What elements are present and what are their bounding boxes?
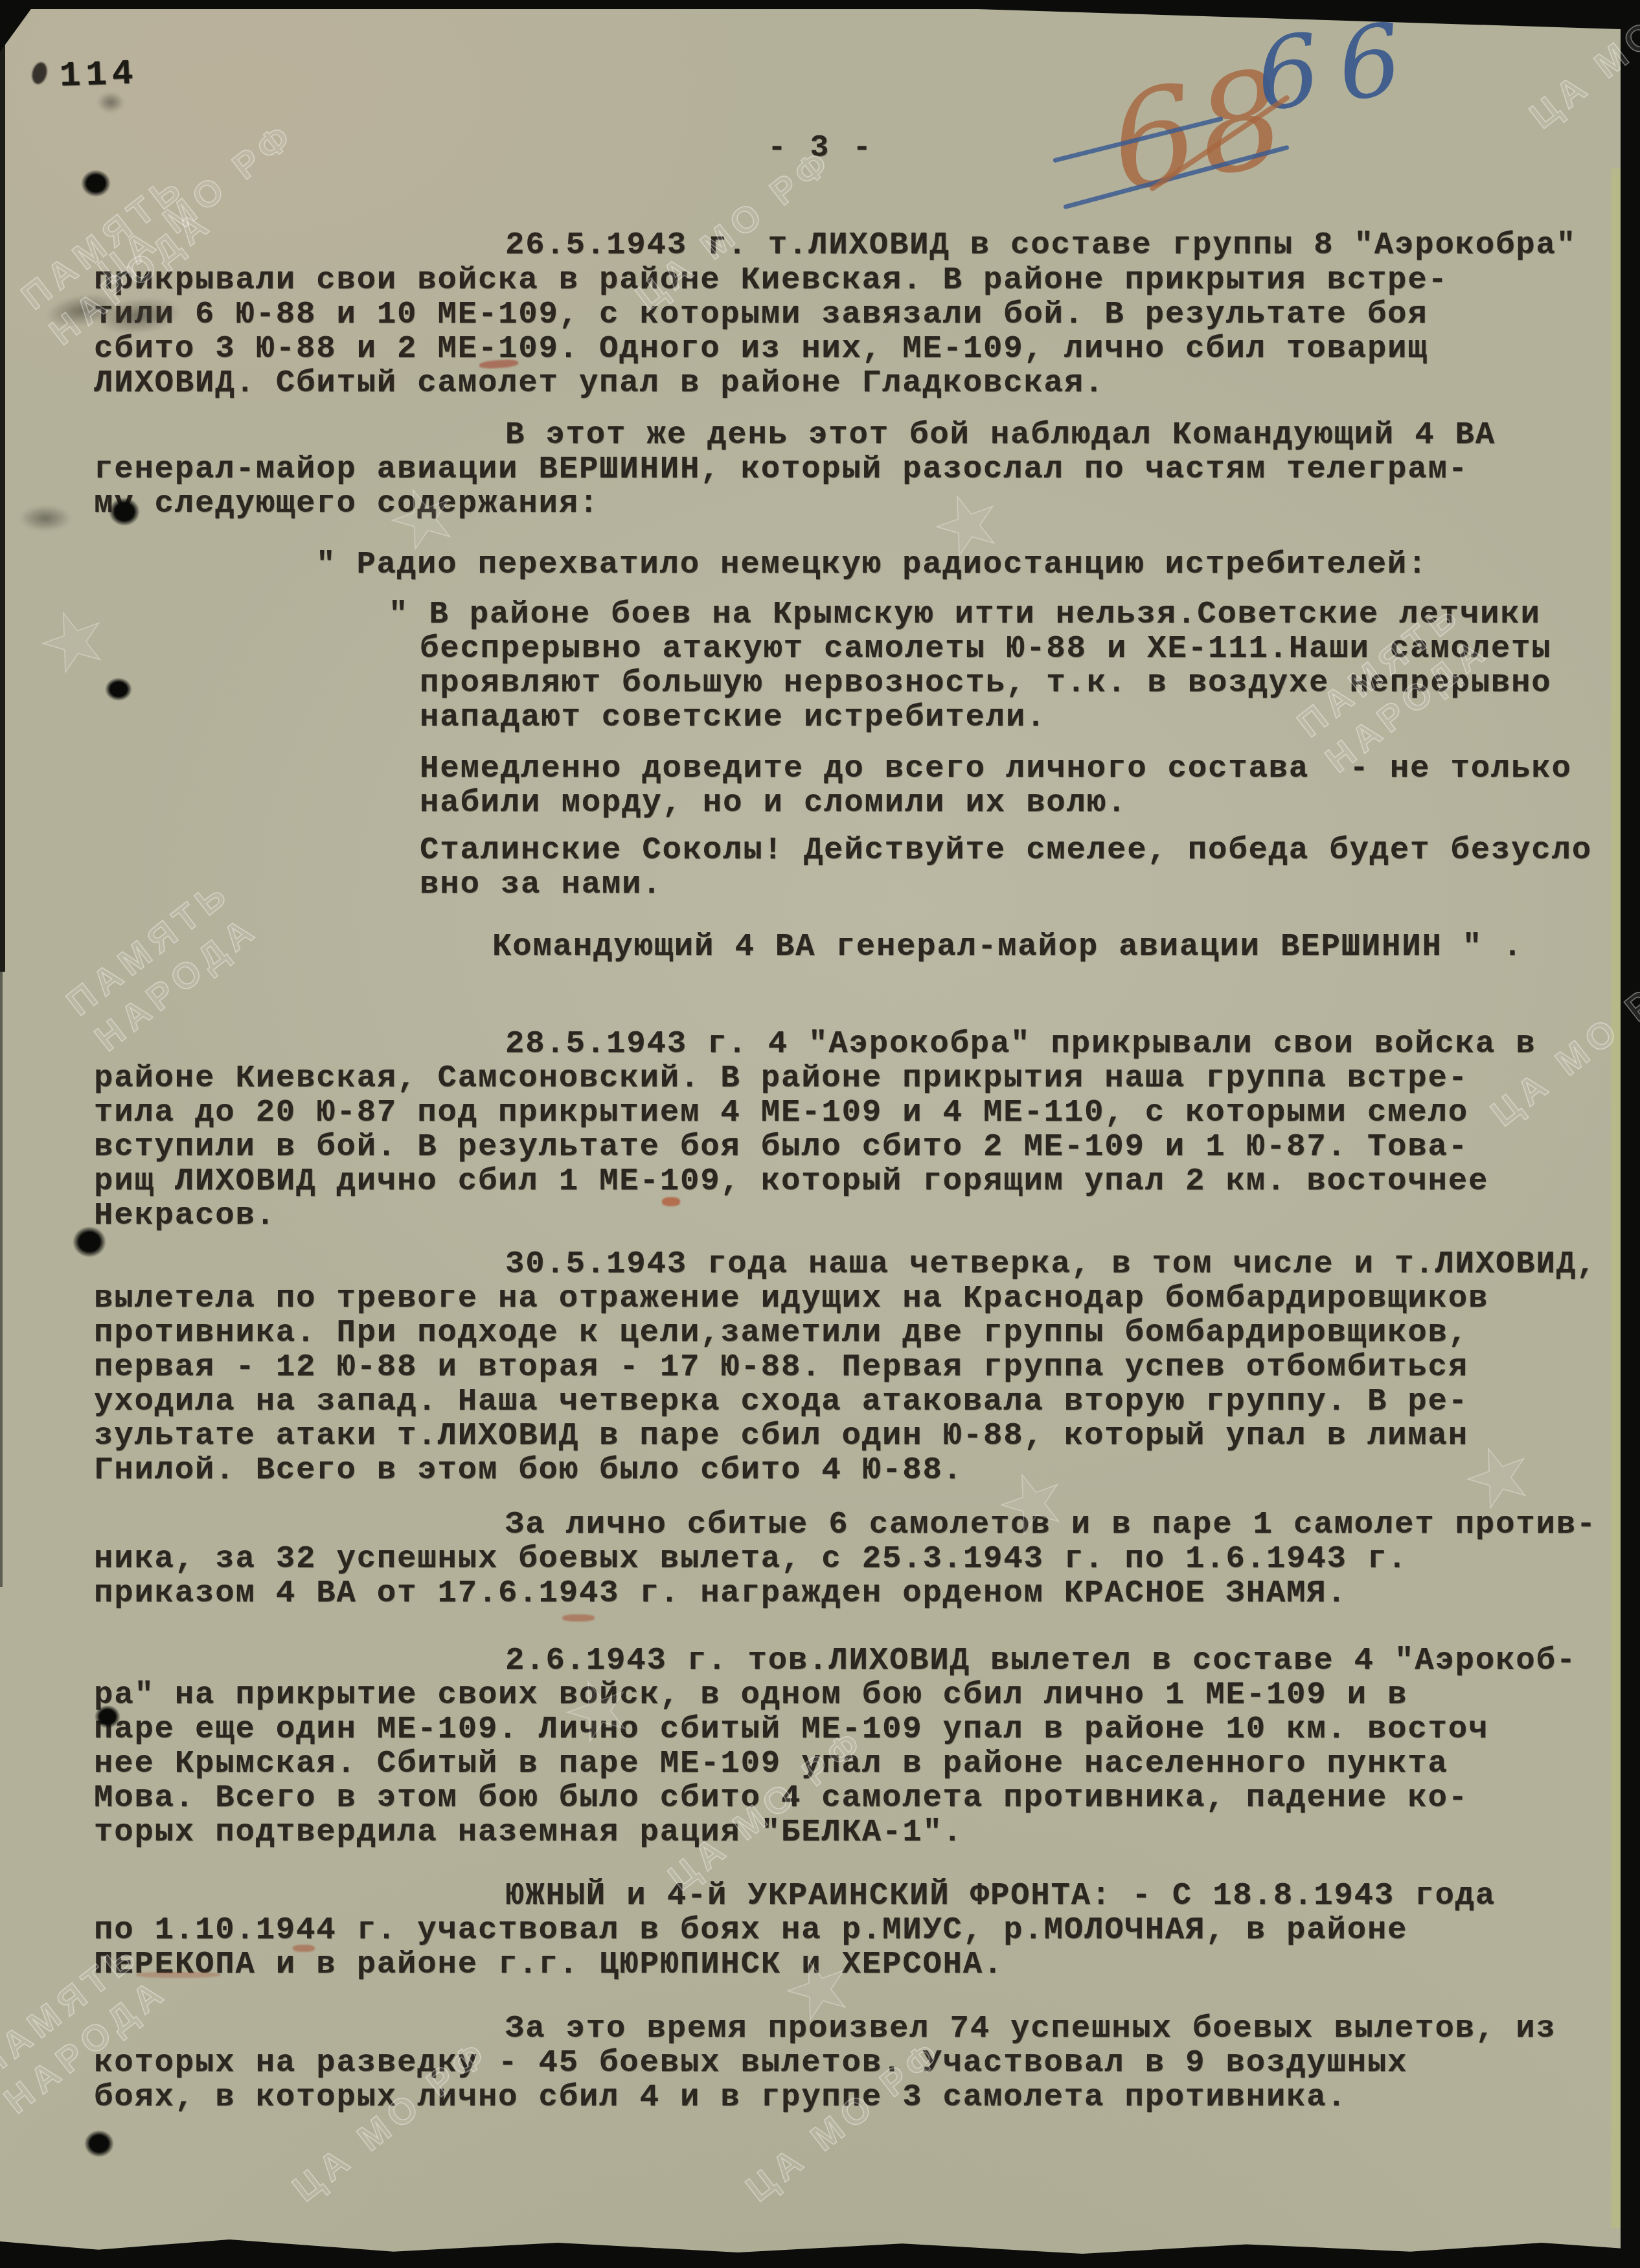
text-line: сбито 3 Ю-88 и 2 МЕ-109. Одного из них, … [94,332,1428,366]
red-mark [293,1945,315,1952]
punch-hole [105,678,132,701]
text-line: " Радио перехватило немецкую радиостанци… [316,547,1428,582]
scanned-document-page: 114 - 3 - 68 66 ЦА МО РФ ЦА МО РФ ЦА МО … [0,0,1640,2268]
text-line: Сталинские Соколы! Действуйте смелее, по… [420,833,1592,867]
ink-smudge [97,92,124,113]
text-line: зультате атаки т.ЛИХОВИД в паре сбил оди… [94,1419,1468,1453]
text-line: вно за нами. [420,867,662,902]
text-line: нападают советские истребители. [420,700,1046,735]
text-line: ра" на прикрытие своих войск, в одном бо… [94,1678,1407,1712]
text-line: приказом 4 ВА от 17.6.1943 г. награжден … [94,1576,1347,1610]
text-line: 30.5.1943 года наша четверка, в том числ… [505,1247,1597,1281]
punch-hole [95,1705,120,1728]
punch-hole [109,498,140,526]
scan-edge-left [0,0,5,972]
text-line: генерал-майор авиации ВЕРШИНИН, который … [94,452,1468,487]
text-line: вылетела по тревоге на отражение идущих … [94,1281,1488,1316]
text-line: В этот же день этот бой наблюдал Команду… [505,418,1496,452]
red-mark [662,1197,680,1206]
text-line: противника. При подходе к цели,заметили … [94,1316,1468,1350]
text-line: набили морду, но и сломили их волю. [420,786,1127,820]
text-line: ника, за 32 успешных боевых вылета, с 25… [94,1542,1407,1576]
text-line: Некрасов. [94,1198,276,1233]
text-line: ЛИХОВИД. Сбитый самолет упал в районе Гл… [94,366,1104,400]
text-line: боях, в которых лично сбил 4 и в группе … [94,2080,1347,2114]
ink-smudge [19,505,71,531]
text-line: За это время произвел 74 успешных боевых… [505,2011,1556,2046]
text-line: по 1.10.1944 г. участвовал в боях на р.М… [94,1913,1407,1947]
text-line: прикрывали свои войска в районе Киевская… [94,263,1448,297]
text-line: 28.5.1943 г. 4 "Аэрокобра" прикрывали св… [505,1027,1536,1061]
scan-edge-left [0,972,3,1587]
text-line: " В районе боев на Крымскую итти нельзя.… [389,597,1541,632]
text-line: вступили в бой. В результате боя было сб… [94,1130,1468,1164]
punch-hole [84,2130,114,2157]
text-line: уходила на запад. Наша четверка схода ат… [94,1384,1468,1419]
text-line: районе Киевская, Самсоновский. В районе … [94,1061,1468,1095]
text-line: паре еще один МЕ-109. Лично сбитый МЕ-10… [94,1712,1488,1747]
text-line: Гнилой. Всего в этом бою было сбито 4 Ю-… [94,1453,963,1487]
text-line: нее Крымская. Сбитый в паре МЕ-109 упал … [94,1747,1448,1781]
page-stamp-114: 114 [59,54,139,97]
punch-hole [81,170,111,197]
text-line: ПЕРЕКОПА и в районе г.г. ЦЮРЮПИНСК и ХЕР… [94,1947,1003,1982]
text-line: тили 6 Ю-88 и 10 МЕ-109, с которыми завя… [94,297,1428,332]
text-line: торых подтвердила наземная рация "БЕЛКА-… [94,1815,963,1850]
scan-edge-right [1621,0,1640,2268]
text-line: му следующего содержания: [94,487,599,521]
punch-hole [73,1226,106,1257]
red-mark [562,1614,595,1621]
text-line: первая - 12 Ю-88 и вторая - 17 Ю-88. Пер… [94,1350,1468,1384]
text-line: Командующий 4 ВА генерал-майор авиации В… [492,930,1523,964]
text-line: рищ ЛИХОВИД дично сбил 1 МЕ-109, который… [94,1164,1488,1198]
text-line: 2.6.1943 г. тов.ЛИХОВИД вылетел в состав… [505,1644,1577,1678]
text-line: которых на разведку - 45 боевых вылетов.… [94,2046,1407,2080]
text-line: тила до 20 Ю-87 под прикрытием 4 МЕ-109 … [94,1095,1468,1130]
paper-edge-highlight [1611,168,1621,2228]
text-line: ЮЖНЫЙ и 4-й УКРАИНСКИЙ ФРОНТА: - С 18.8.… [505,1879,1496,1913]
text-line: Немедленно доведите до всего личного сос… [420,751,1572,786]
